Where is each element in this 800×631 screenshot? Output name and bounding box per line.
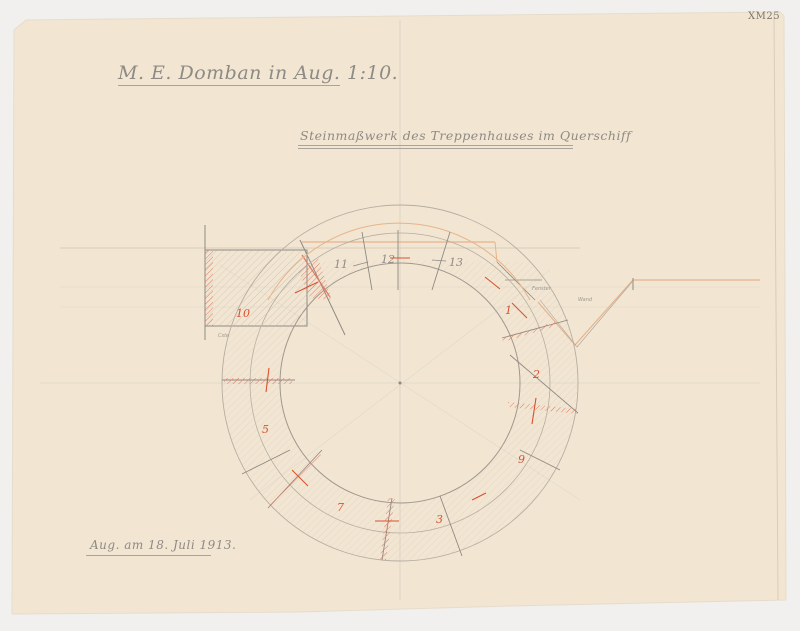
date-note: Aug. am 18. Juli 1913. [90, 538, 236, 552]
note-right-inner: Wand [578, 297, 592, 303]
catalog-number: XM25 [748, 11, 780, 22]
segment-label-9: 9 [518, 453, 525, 466]
date-underline [86, 555, 211, 556]
title-underline [118, 85, 340, 86]
segment-label-2: 2 [533, 368, 540, 381]
segment-label-7: 7 [337, 501, 344, 514]
segment-label-3: 3 [436, 513, 443, 526]
subtitle-underline-2 [298, 148, 573, 149]
segment-label-1: 1 [505, 304, 512, 317]
note-right-top: Fenster [532, 286, 551, 292]
segment-label-10: 10 [236, 307, 250, 320]
segment-label-11: 11 [334, 258, 348, 271]
drawing-subtitle: Steinmaßwerk des Treppenhauses im Quersc… [300, 128, 631, 143]
segment-label-5: 5 [262, 423, 269, 436]
document-stage: XM25 M. E. Domban in Aug. 1:10. Steinmaß… [0, 0, 800, 631]
segment-label-12: 12 [381, 253, 395, 266]
note-left-corner: Cste [218, 333, 229, 339]
segment-label-13: 13 [449, 256, 463, 269]
subtitle-underline [298, 145, 573, 146]
paper-sheet [0, 0, 800, 631]
drawing-title: M. E. Domban in Aug. 1:10. [118, 62, 398, 84]
